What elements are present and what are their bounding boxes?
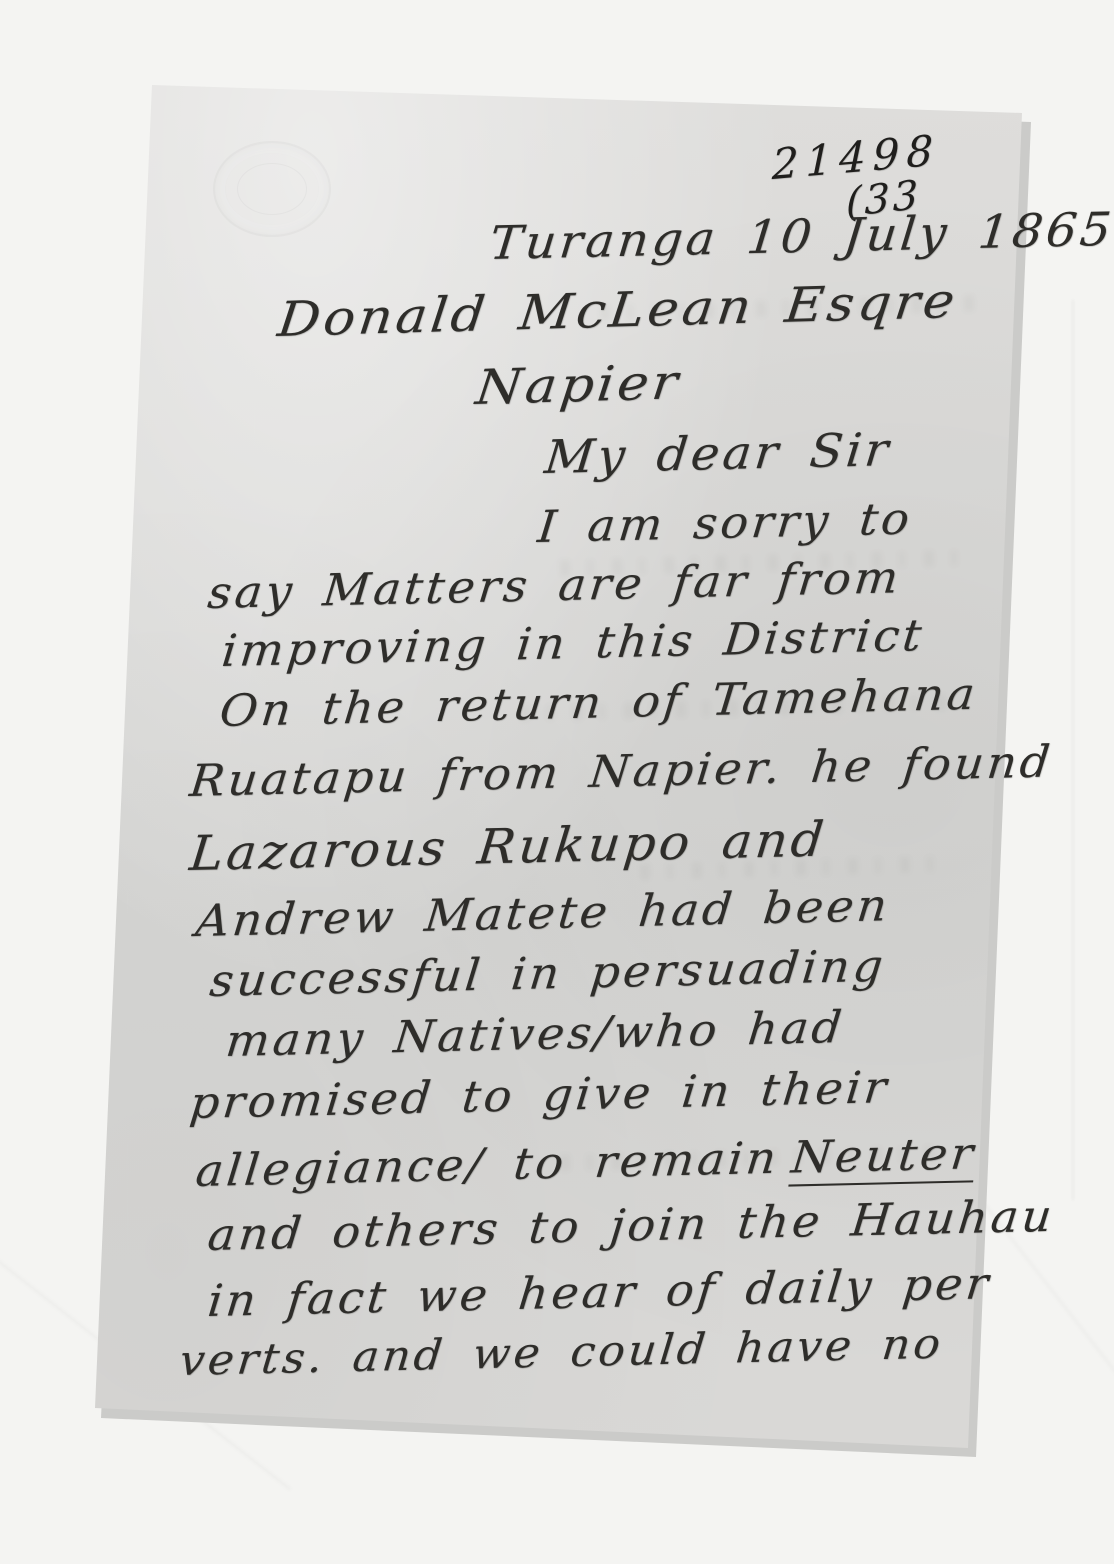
dateline: Turanga 10 July 1865 [487,202,1114,270]
salutation: My dear Sir [542,422,893,484]
body-line: many Natives/who had [223,1002,847,1067]
body-line: improving in this District [219,610,926,677]
body-line: promised to give in their [187,1062,891,1129]
recipient-location: Napier [473,354,684,416]
body-line: Ruatapu from Napier. he found [187,736,1055,807]
body-line: Lazarous Rukupo and [187,811,829,882]
body-line: Andrew Matete had been [193,880,892,947]
recipient-name: Donald McLean Esqre [275,273,961,348]
body-line: verts. and we could have no [178,1319,946,1385]
body-line: successful in persuading [207,941,888,1007]
body-line-text: allegiance/ to remain [193,1133,781,1197]
scan-background: 21498 (33 Turanga 10 July 1865 Donald Mc… [0,0,1114,1564]
body-line: and others to join the Hauhau [205,1191,1057,1261]
body-line: On the return of Tamehana [217,669,980,737]
body-line: in fact we hear of daily per [205,1258,993,1327]
body-line: say Matters are far from [205,552,903,619]
underlined-word: Neuter [789,1128,979,1186]
body-line: I am sorry to [535,493,914,553]
body-line: allegiance/ to remainNeuter [193,1128,978,1197]
handwriting-layer: 21498 (33 Turanga 10 July 1865 Donald Mc… [0,0,1114,1564]
